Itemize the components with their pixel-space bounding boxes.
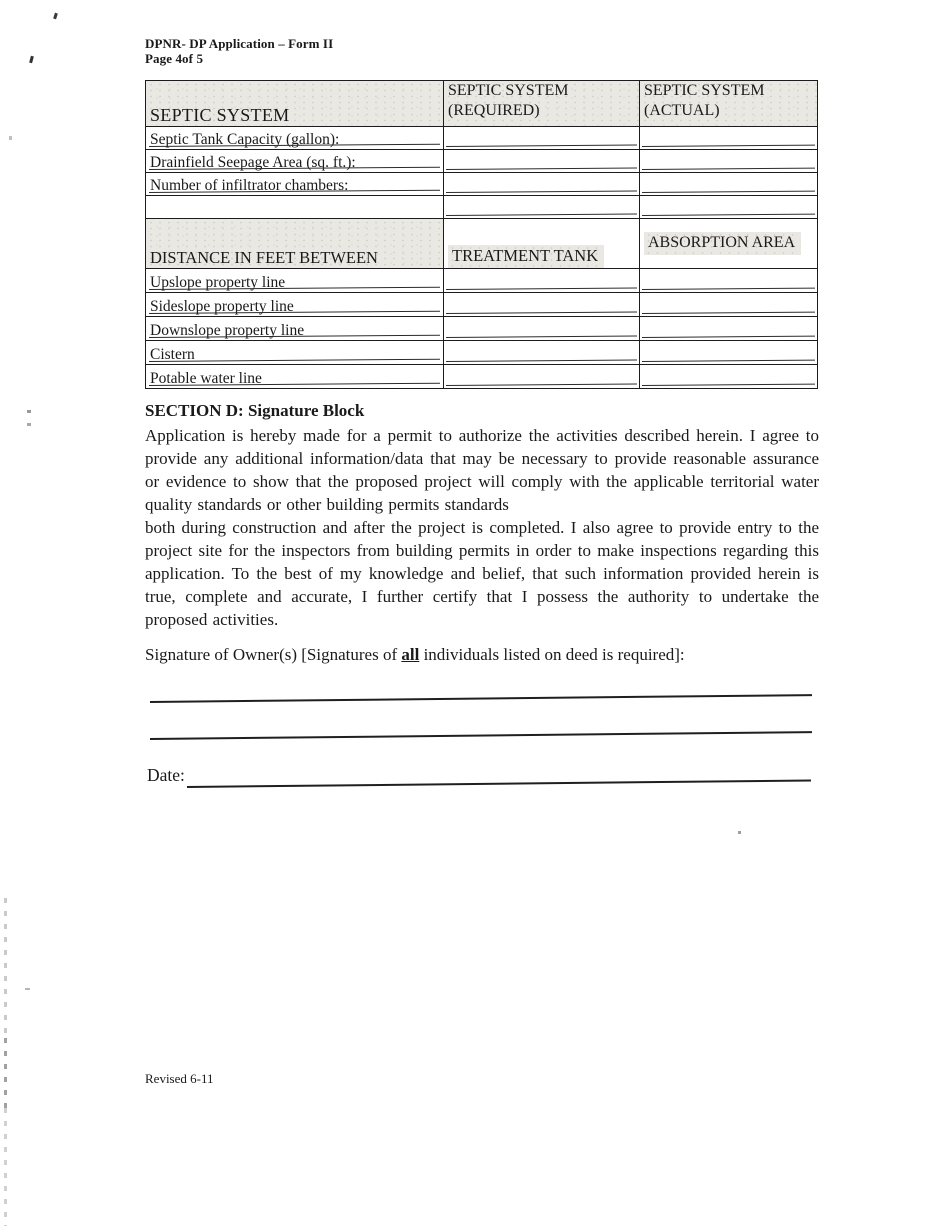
signature-of-owners-label: Signature of Owner(s) [Signatures of all…	[145, 645, 685, 665]
date-label: Date:	[147, 765, 185, 786]
scan-edge-artifact	[4, 1038, 7, 1108]
row-label-drainfield-seepage: Drainfield Seepage Area (sq. ft.):	[146, 150, 444, 173]
row-label-cistern: Cistern	[146, 341, 444, 365]
input-cell-drainfield-actual[interactable]	[640, 150, 818, 173]
section-d-title: SECTION D: Signature Block	[145, 401, 364, 421]
section-d-paragraph-1: Application is hereby made for a permit …	[145, 424, 819, 516]
septic-required-header: SEPTIC SYSTEM (REQUIRED)	[444, 81, 640, 127]
septic-system-header: SEPTIC SYSTEM	[146, 81, 444, 127]
date-line[interactable]	[187, 779, 811, 788]
input-cell-potable-absorption[interactable]	[640, 365, 818, 389]
row-label-septic-tank-capacity: Septic Tank Capacity (gallon):	[146, 127, 444, 150]
all-emphasis: all	[401, 645, 419, 664]
input-cell-septic-tank-required[interactable]	[444, 127, 640, 150]
scan-speck	[27, 410, 31, 413]
input-cell-drainfield-required[interactable]	[444, 150, 640, 173]
scan-speck	[738, 831, 741, 834]
scan-speck	[27, 423, 31, 426]
scan-speck	[9, 136, 12, 140]
septic-system-table: SEPTIC SYSTEM SEPTIC SYSTEM (REQUIRED) S…	[145, 80, 818, 389]
scan-edge-artifact	[4, 1108, 7, 1226]
input-cell-infiltrator-required[interactable]	[444, 173, 640, 196]
scan-speck	[29, 56, 34, 64]
scan-speck	[53, 13, 58, 20]
input-cell-cistern-treatment-tank[interactable]	[444, 341, 640, 365]
row-label-sideslope: Sideslope property line	[146, 293, 444, 317]
signature-line-1[interactable]	[150, 694, 812, 703]
scan-edge-artifact	[4, 898, 7, 1038]
input-cell-upslope-absorption[interactable]	[640, 269, 818, 293]
form-title: DPNR- DP Application – Form II	[145, 36, 333, 51]
input-cell-infiltrator-actual[interactable]	[640, 173, 818, 196]
spacer-cell	[146, 196, 444, 219]
scan-speck	[25, 988, 30, 990]
revision-note: Revised 6-11	[145, 1071, 213, 1087]
page-number: Page 4of 5	[145, 51, 333, 66]
row-label-downslope: Downslope property line	[146, 317, 444, 341]
document-header: DPNR- DP Application – Form II Page 4of …	[145, 36, 333, 66]
signature-line-2[interactable]	[150, 731, 812, 740]
row-label-infiltrator-chambers: Number of infiltrator chambers:	[146, 173, 444, 196]
treatment-tank-header: TREATMENT TANK	[444, 219, 640, 269]
input-cell-downslope-absorption[interactable]	[640, 317, 818, 341]
septic-actual-header: SEPTIC SYSTEM (ACTUAL)	[640, 81, 818, 127]
spacer-input-cell[interactable]	[444, 196, 640, 219]
input-cell-cistern-absorption[interactable]	[640, 341, 818, 365]
spacer-input-cell[interactable]	[640, 196, 818, 219]
row-label-potable-water: Potable water line	[146, 365, 444, 389]
section-d-paragraph-2: both during construction and after the p…	[145, 516, 819, 631]
input-cell-downslope-treatment-tank[interactable]	[444, 317, 640, 341]
input-cell-potable-treatment-tank[interactable]	[444, 365, 640, 389]
input-cell-sideslope-absorption[interactable]	[640, 293, 818, 317]
absorption-area-header: ABSORPTION AREA	[640, 219, 818, 269]
input-cell-upslope-treatment-tank[interactable]	[444, 269, 640, 293]
input-cell-septic-tank-actual[interactable]	[640, 127, 818, 150]
distance-header: DISTANCE IN FEET BETWEEN	[146, 219, 444, 269]
row-label-upslope: Upslope property line	[146, 269, 444, 293]
input-cell-sideslope-treatment-tank[interactable]	[444, 293, 640, 317]
